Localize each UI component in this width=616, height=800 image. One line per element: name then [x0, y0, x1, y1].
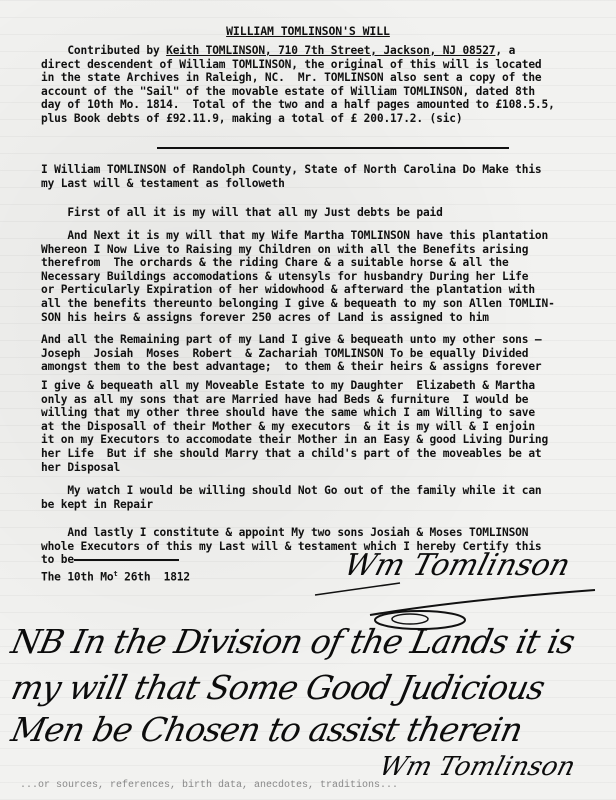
will-watch: My watch I would be willing should Not G… [41, 484, 601, 511]
handwritten-line-1: NB In the Division of the Lands it is [8, 622, 616, 662]
will-opening: I William TOMLINSON of Randolph County, … [41, 163, 601, 190]
dash-line [74, 559, 179, 561]
intro-paragraph: Contributed by Keith TOMLINSON, 710 7th … [41, 44, 601, 126]
signature-flourish-icon [310, 565, 610, 630]
contributor-address: Keith TOMLINSON, 710 7th Street, Jackson… [166, 44, 495, 57]
document-title: WILLIAM TOMLINSON'S WILL [0, 24, 616, 38]
will-debts: First of all it is my will that all my J… [41, 206, 601, 220]
will-moveable-estate: I give & bequeath all my Moveable Estate… [41, 379, 601, 474]
handwritten-signature: Wm Tomlinson [376, 752, 578, 782]
will-land-bequest: And all the Remaining part of my Land I … [41, 333, 601, 374]
will-wife-bequest: And Next it is my will that my Wife Mart… [41, 229, 601, 324]
section-divider [157, 147, 509, 149]
handwritten-line-2: my will that Some Good Judicious [8, 668, 616, 708]
handwritten-line-3: Men be Chosen to assist therein [8, 710, 616, 750]
faded-footer-text: ...or sources, references, birth data, a… [20, 780, 398, 791]
document-page: WILLIAM TOMLINSON'S WILL Contributed by … [0, 0, 616, 800]
